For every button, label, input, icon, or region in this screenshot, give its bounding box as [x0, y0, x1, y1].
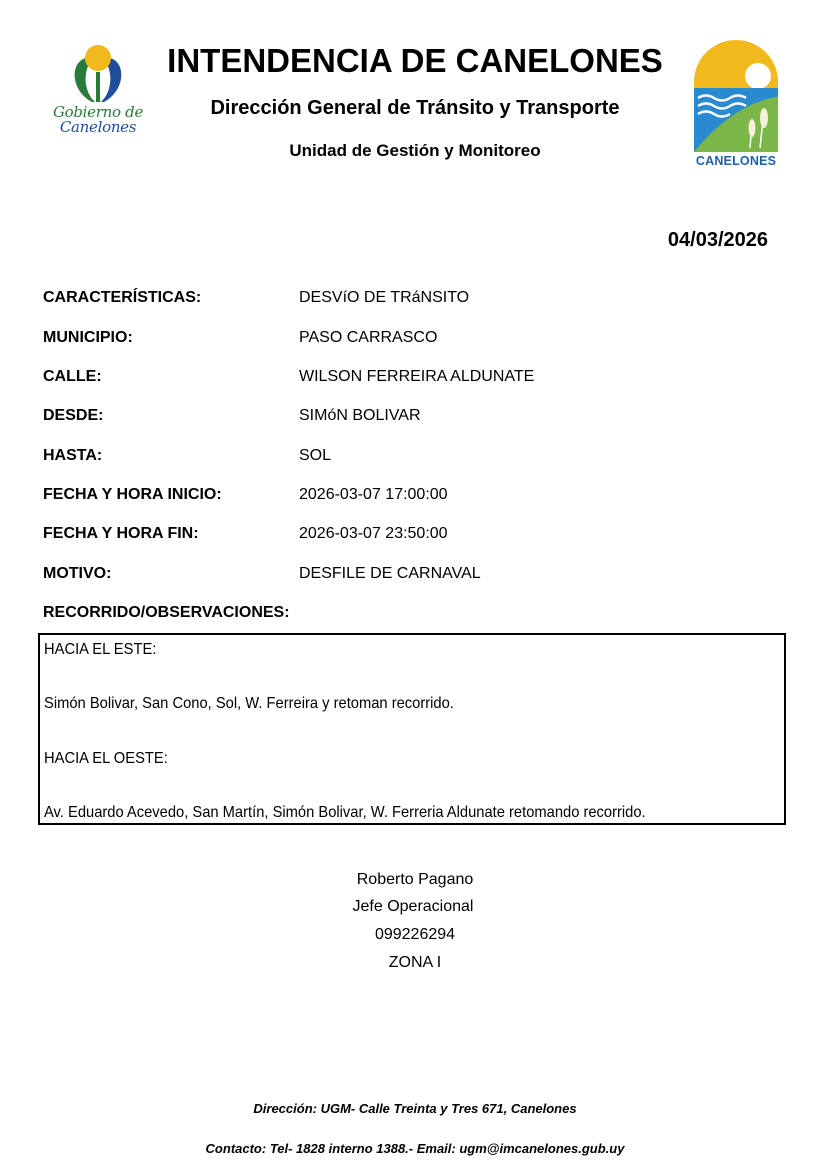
field-desde: DESDE: SIMóN BOLIVAR [43, 405, 763, 427]
signature-role: Jefe Operacional [0, 896, 826, 918]
footer-address: Dirección: UGM- Calle Treinta y Tres 671… [0, 1100, 826, 1118]
row-tick [784, 687, 786, 691]
field-value: WILSON FERREIRA ALDUNATE [299, 366, 534, 388]
signature-phone: 099226294 [0, 924, 826, 946]
row-tick [38, 687, 40, 691]
field-motivo: MOTIVO: DESFILE DE CARNAVAL [43, 563, 763, 585]
observation-line: HACIA EL OESTE: [44, 748, 168, 770]
field-value: SIMóN BOLIVAR [299, 405, 421, 427]
field-value: DESVíO DE TRáNSITO [299, 287, 469, 309]
field-label: CARACTERÍSTICAS: [43, 287, 201, 309]
field-fecha-inicio: FECHA Y HORA INICIO: 2026-03-07 17:00:00 [43, 484, 763, 506]
field-value: 2026-03-07 23:50:00 [299, 523, 448, 545]
row-tick [38, 769, 40, 773]
row-tick [784, 660, 786, 664]
signature-name: Roberto Pagano [0, 869, 826, 891]
observation-line: Simón Bolivar, San Cono, Sol, W. Ferreir… [44, 693, 454, 715]
row-tick [38, 660, 40, 664]
logo-left-line2: Canelones [46, 120, 150, 135]
observation-line: Av. Eduardo Acevedo, San Martín, Simón B… [44, 802, 646, 824]
gobierno-logo-icon [46, 42, 150, 104]
field-label: CALLE: [43, 366, 102, 388]
observations-box: HACIA EL ESTE: Simón Bolivar, San Cono, … [38, 633, 786, 825]
page-title: INTENDENCIA DE CANELONES [150, 41, 680, 81]
row-tick [38, 742, 40, 746]
field-hasta: HASTA: SOL [43, 445, 763, 467]
row-tick [784, 742, 786, 746]
row-tick [38, 796, 40, 800]
field-value: SOL [299, 445, 331, 467]
field-label: DESDE: [43, 405, 103, 427]
row-tick [784, 796, 786, 800]
field-label: MOTIVO: [43, 563, 111, 585]
observations-label: RECORRIDO/OBSERVACIONES: [43, 602, 290, 624]
footer-contact: Contacto: Tel- 1828 interno 1388.- Email… [0, 1140, 826, 1158]
signature-zone: ZONA I [0, 952, 826, 974]
field-caracteristicas: CARACTERÍSTICAS: DESVíO DE TRáNSITO [43, 287, 763, 309]
document-date: 04/03/2026 [668, 227, 768, 253]
canelones-emblem-label: CANELONES [690, 154, 782, 168]
unit-name: Unidad de Gestión y Monitoreo [150, 139, 680, 163]
row-tick [784, 715, 786, 719]
page-subtitle: Dirección General de Tránsito y Transpor… [150, 95, 680, 121]
field-label: FECHA Y HORA INICIO: [43, 484, 222, 506]
field-calle: CALLE: WILSON FERREIRA ALDUNATE [43, 366, 763, 388]
field-value: 2026-03-07 17:00:00 [299, 484, 448, 506]
canelones-emblem-icon [690, 36, 782, 152]
field-label: FECHA Y HORA FIN: [43, 523, 199, 545]
field-label: HASTA: [43, 445, 102, 467]
field-value: PASO CARRASCO [299, 327, 437, 349]
field-label: MUNICIPIO: [43, 327, 133, 349]
field-municipio: MUNICIPIO: PASO CARRASCO [43, 327, 763, 349]
field-fecha-fin: FECHA Y HORA FIN: 2026-03-07 23:50:00 [43, 523, 763, 545]
canelones-emblem-logo: CANELONES [690, 36, 782, 170]
field-value: DESFILE DE CARNAVAL [299, 563, 481, 585]
observation-line: HACIA EL ESTE: [44, 639, 156, 661]
gobierno-de-canelones-logo: Gobierno de Canelones [46, 42, 150, 142]
row-tick [38, 715, 40, 719]
row-tick [784, 769, 786, 773]
